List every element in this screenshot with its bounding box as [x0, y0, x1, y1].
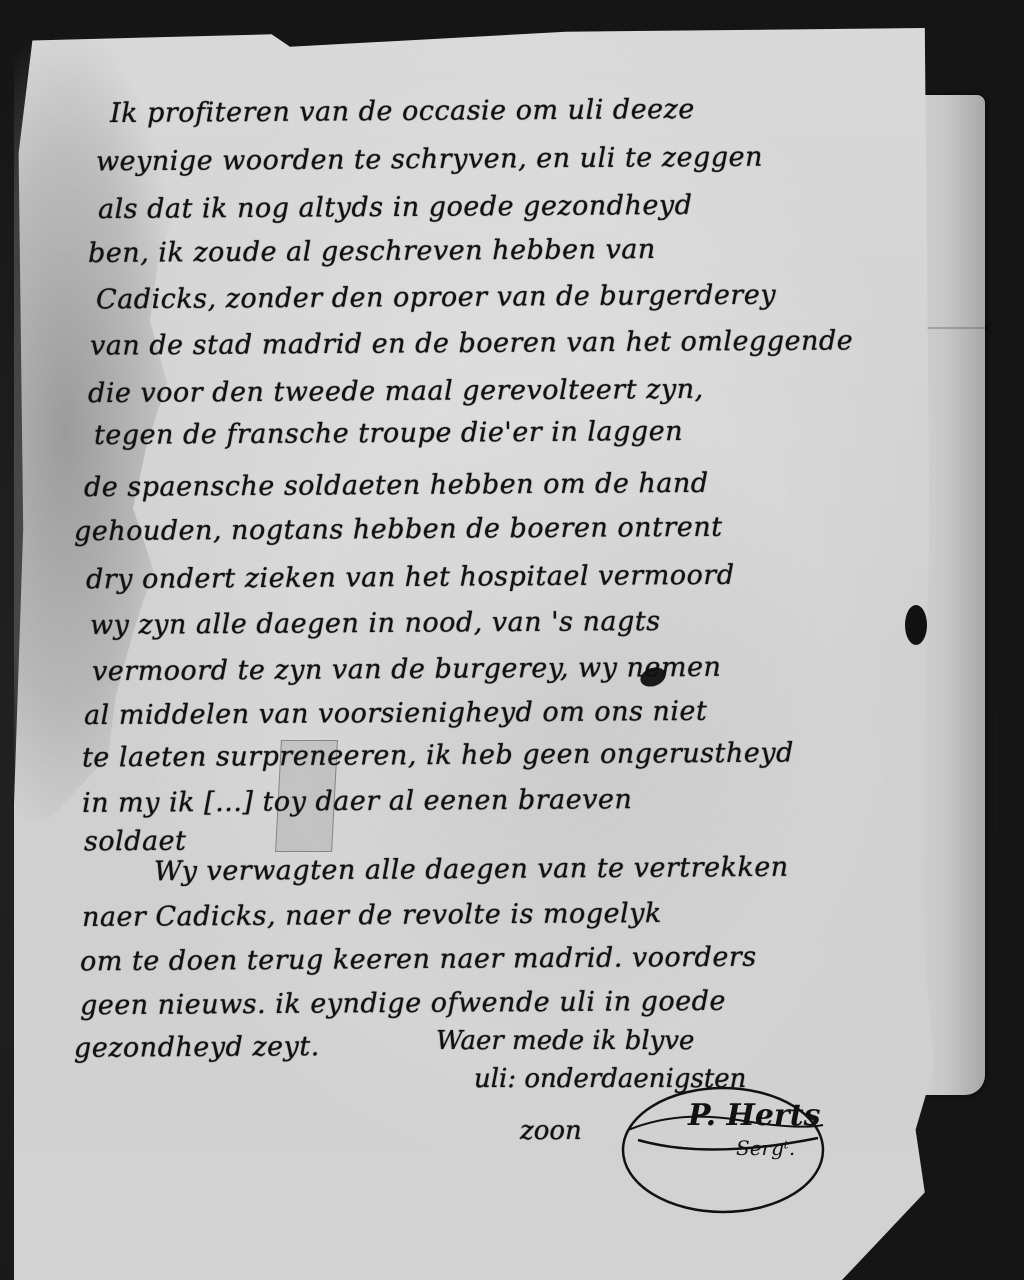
closing-line: Waer mede ik blyve: [436, 1026, 694, 1056]
body-line: ben, ik zoude al geschreven hebben van: [88, 234, 656, 269]
body-line: gezondheyd zeyt.: [74, 1031, 320, 1064]
body-line: soldaet: [84, 826, 187, 858]
body-line: te laeten surpreneeren, ik heb geen onge…: [82, 738, 794, 774]
body-line: naer Cadicks, naer de revolte is mogelyk: [82, 898, 662, 933]
ink-blot: [905, 605, 927, 645]
body-line: dry ondert zieken van het hospitael verm…: [86, 560, 735, 596]
body-line: weynige woorden te schryven, en uli te z…: [96, 142, 763, 178]
body-line: als dat ik nog altyds in goede gezondhey…: [98, 190, 693, 225]
body-line: geen nieuws. ik eyndige ofwende uli in g…: [80, 986, 726, 1022]
body-line: tegen de fransche troupe die'er in lagge…: [94, 416, 683, 451]
body-line: Wy verwagten alle daegen van te vertrekk…: [154, 852, 789, 887]
body-line: Ik profiteren van de occasie om uli deez…: [110, 94, 695, 129]
body-line: Cadicks, zonder den oproer van de burger…: [96, 280, 776, 316]
body-line: gehouden, nogtans hebben de boeren ontre…: [74, 512, 723, 548]
body-line: vermoord te zyn van de burgerey, wy neme…: [92, 652, 722, 687]
manuscript-scan: Ik profiteren van de occasie om uli deez…: [0, 0, 1024, 1280]
body-line: van de stad madrid en de boeren van het …: [90, 325, 853, 361]
signature: P. Herts Sergᵗ.: [618, 1080, 828, 1220]
body-line: in my ik [...] toy daer al eenen braeven: [82, 784, 633, 819]
signature-rank: Sergᵗ.: [736, 1136, 795, 1160]
body-line: die voor den tweede maal gerevolteert zy…: [88, 374, 704, 409]
body-line: wy zyn alle daegen in nood, van 's nagts: [90, 606, 661, 641]
body-line: om te doen terug keeren naer madrid. voo…: [80, 942, 757, 978]
signature-name: P. Herts: [688, 1098, 820, 1133]
body-line: al middelen van voorsienigheyd om ons ni…: [84, 696, 708, 731]
body-line: de spaensche soldaeten hebben om de hand: [84, 468, 709, 503]
closing-line: zoon: [520, 1116, 582, 1146]
